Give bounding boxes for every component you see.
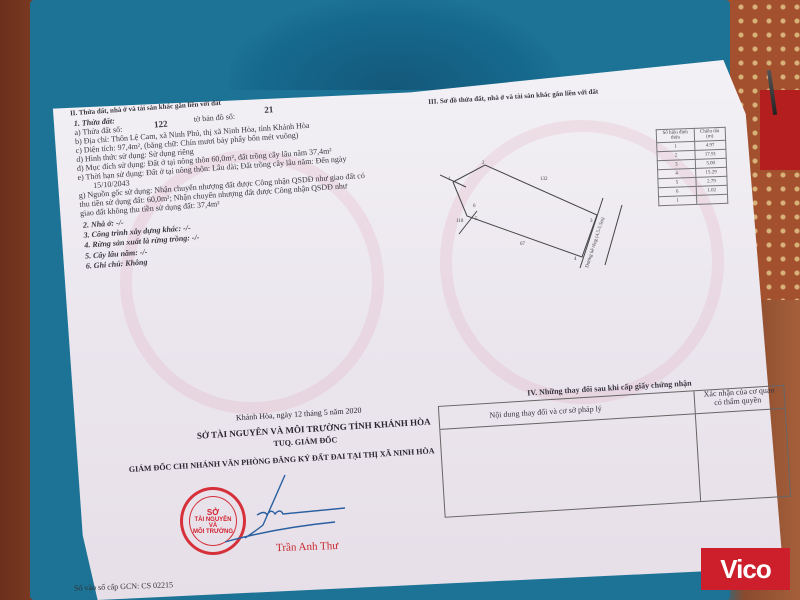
vertex-label: 4 [574,257,577,262]
map-sheet-no: 21 [264,104,274,115]
col-length: Chiều dài (m) [694,127,726,141]
col-vertex: Số hiệu đỉnh thửa [656,128,694,142]
adjacent-parcel-south: 67 [520,242,526,247]
changes-col-content: Nội dung thay đổi và cơ sở pháp lý [489,404,602,421]
vertex-no: 1 [659,195,697,205]
section-4: IV. Những thay đổi sau khi cấp giấy chứn… [437,371,794,512]
parcel-diagram: 2 6 1 3 4 5 132 118 67 Đường bê tông (4.… [440,160,630,270]
edge-length [696,194,728,204]
edge-length-table: Số hiệu đỉnh thửa Chiều dài (m) 14.97217… [656,127,729,206]
folder-shadow [230,0,560,90]
edge-row: 1 [659,194,728,205]
vertex-label: 6 [473,204,476,209]
signer-name: Trần Anh Thư [276,540,339,554]
handwritten-signature [185,470,355,550]
changes-table: Nội dung thay đổi và cơ sở pháp lý Xác n… [438,385,791,518]
vico-logo: Vico [701,548,790,590]
adjacent-parcel-north: 132 [540,177,548,182]
vertex-label: 3 [590,219,593,224]
parcel-no: 122 [154,119,168,130]
logo-text: Vico [720,554,770,585]
red-cloth [760,90,800,170]
changes-col-confirm-2: có thẩm quyền [714,395,762,408]
adjacent-parcel-west: 118 [456,219,464,224]
